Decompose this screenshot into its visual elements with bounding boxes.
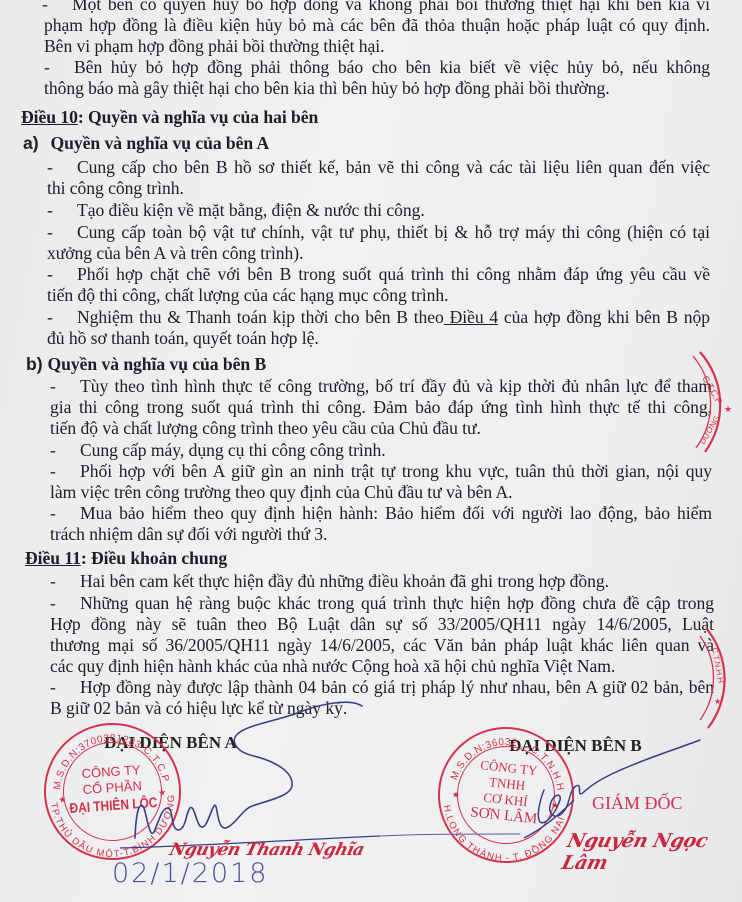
party-b-position: GIÁM ĐỐC	[592, 793, 683, 814]
party-b-signature	[0, 0, 742, 902]
contract-page: -Một bên có quyền hủy bỏ hợp đồng và khô…	[0, 0, 742, 902]
party-b-signer-name: Nguyễn Ngọc Lâm	[560, 830, 742, 874]
